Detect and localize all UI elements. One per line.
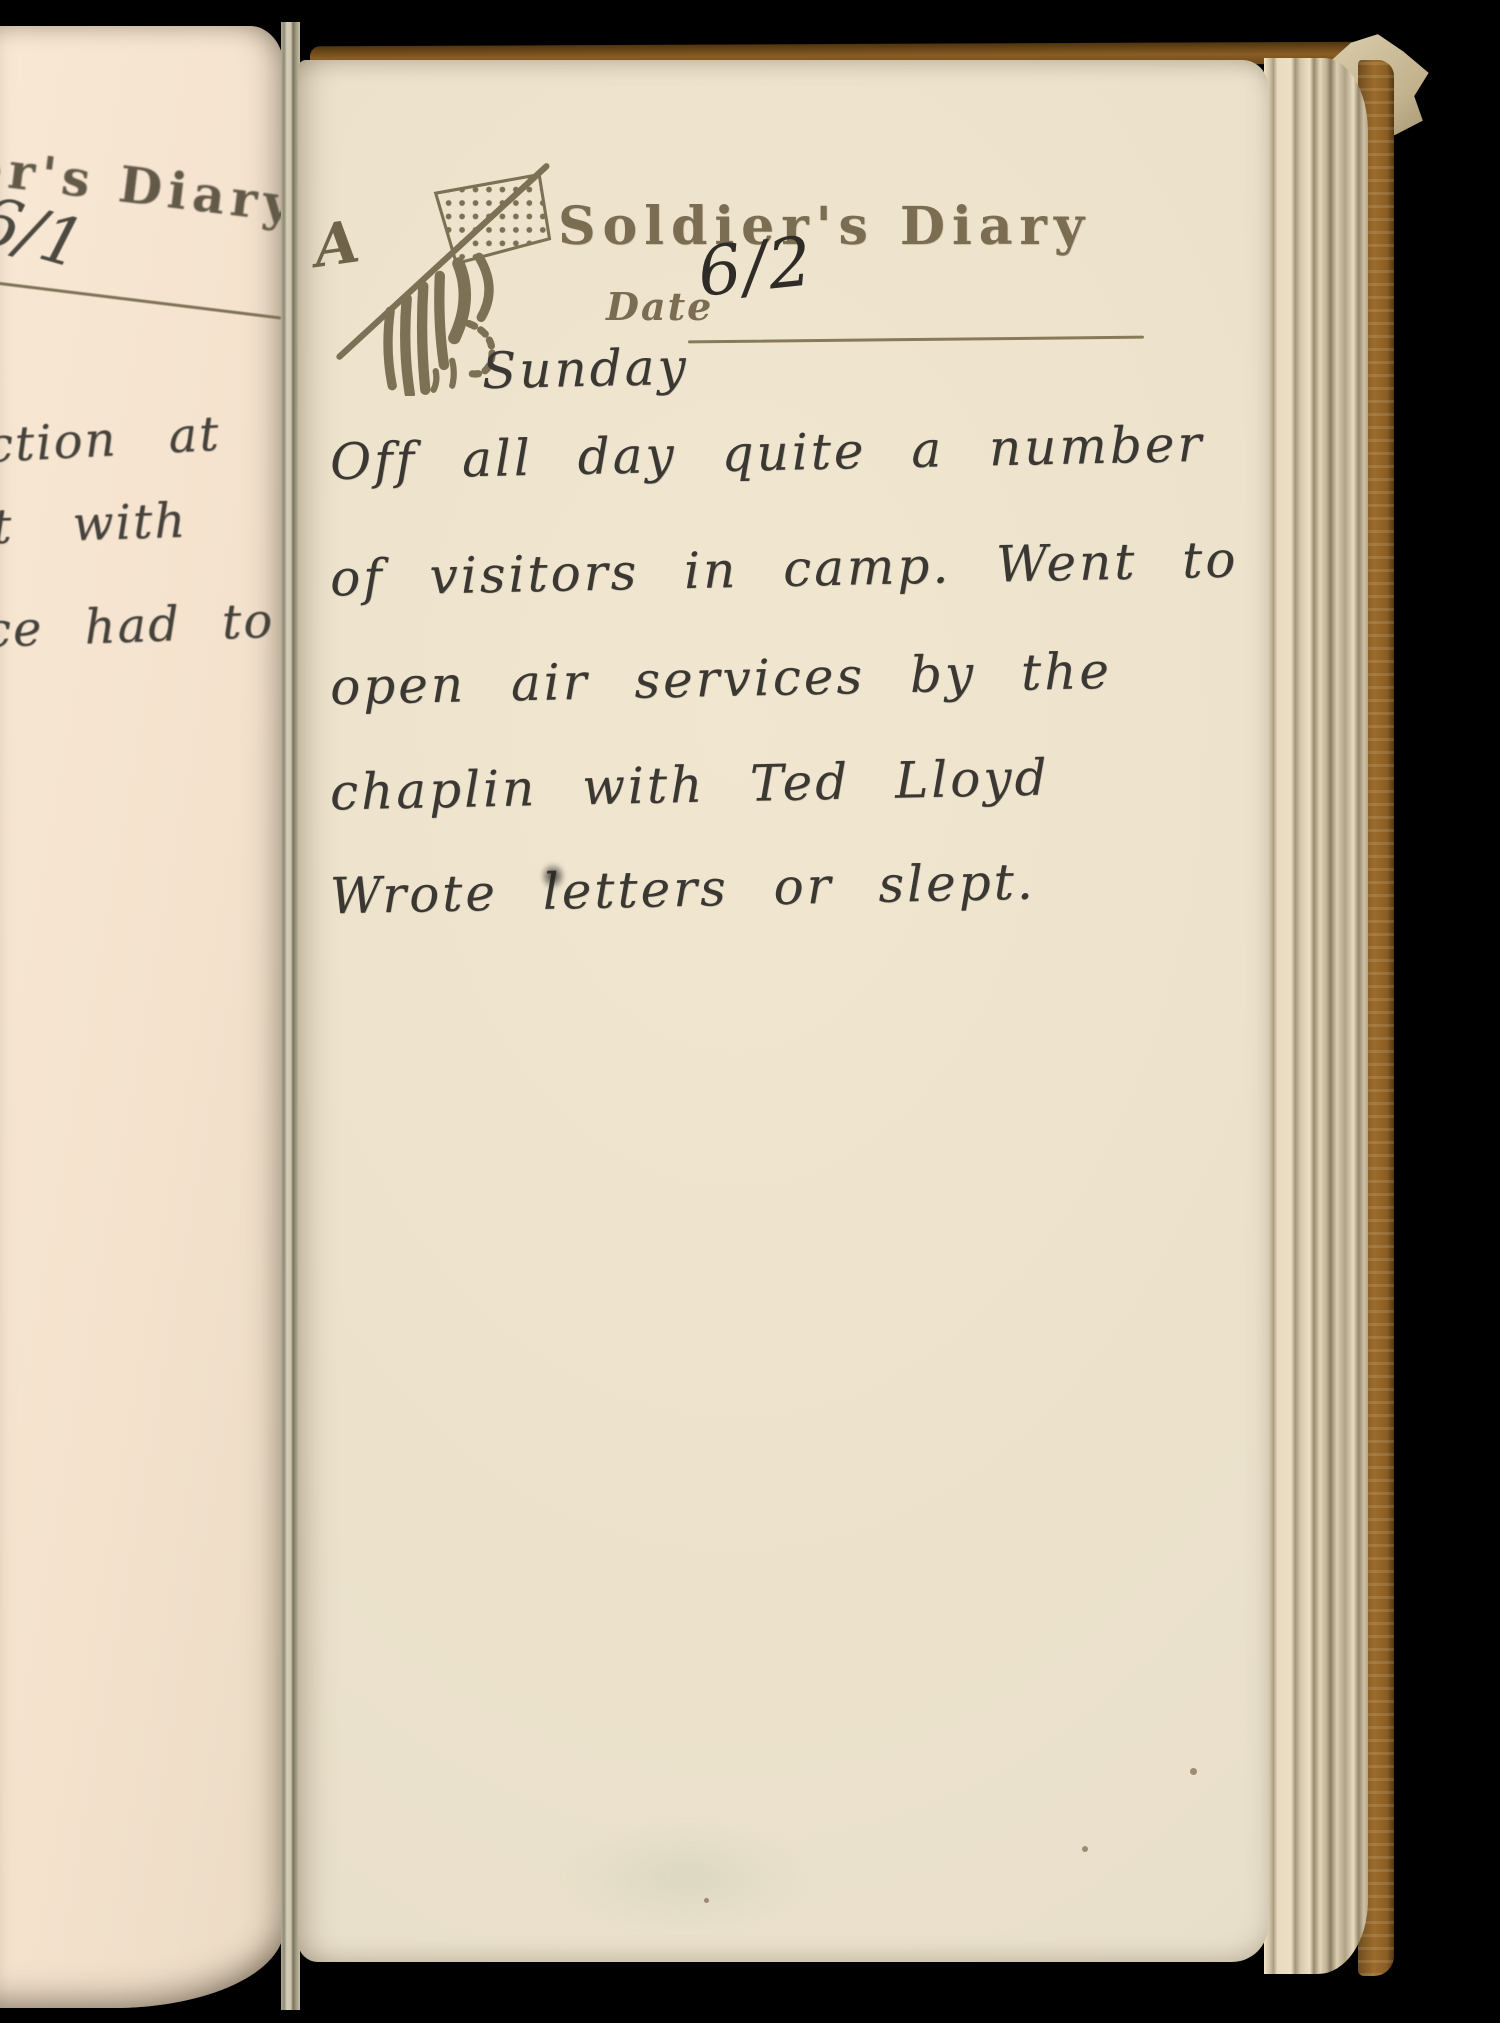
paper-speck [1190, 1768, 1197, 1775]
entry-line: Sunday [481, 338, 689, 400]
paper-stain [560, 1822, 810, 1932]
diary-photo: er's Diary 6/1 ction at t with ce had to… [0, 0, 1500, 2023]
paper-speck [704, 1898, 709, 1903]
ink-smudge [542, 862, 564, 890]
page-stack-edge [1264, 58, 1368, 1974]
left-page-entry-fragment: t with [0, 493, 188, 556]
date-label: Date [606, 284, 713, 329]
paper-speck [1082, 1846, 1088, 1852]
handwritten-date: 6/2 [694, 222, 817, 313]
left-page [0, 26, 284, 2008]
printed-title: Soldier's Diary [558, 196, 1091, 257]
left-page-entry-fragment: ce had to [0, 593, 275, 659]
